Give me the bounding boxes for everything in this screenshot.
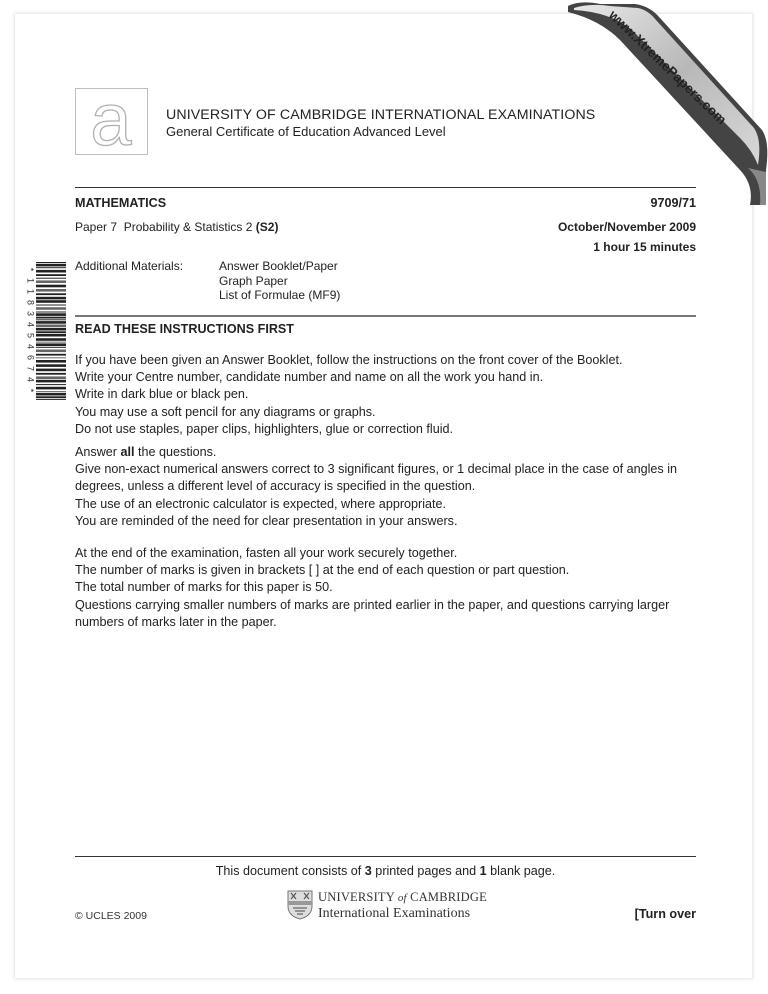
instruction-line: Give non-exact numerical answers correct… (75, 461, 700, 495)
copyright: © UCLES 2009 (75, 910, 147, 922)
divider-footer (75, 856, 696, 857)
materials-list: Answer Booklet/Paper Graph Paper List of… (219, 259, 340, 303)
instruction-line: Write in dark blue or black pen. (75, 386, 700, 403)
wordmark-university: UNIVERSITY (318, 890, 398, 904)
pages-middle: printed pages and (372, 864, 480, 878)
material-item: List of Formulae (MF9) (219, 288, 340, 303)
blank-pages: 1 (480, 864, 487, 878)
answer-suffix: the questions. (135, 445, 217, 459)
instruction-line: Write your Centre number, candidate numb… (75, 369, 700, 386)
material-item: Answer Booklet/Paper (219, 259, 340, 274)
instruction-line: You may use a soft pencil for any diagra… (75, 404, 700, 421)
subject: MATHEMATICS (75, 196, 166, 210)
svg-text:a: a (90, 89, 132, 153)
organisation-name: UNIVERSITY OF CAMBRIDGE INTERNATIONAL EX… (166, 107, 595, 123)
divider-instructions (75, 315, 696, 317)
answer-prefix: Answer (75, 445, 121, 459)
cie-logo: a (75, 88, 148, 155)
instruction-line: At the end of the examination, fasten al… (75, 545, 700, 562)
exam-session: October/November 2009 (496, 220, 696, 234)
material-item: Graph Paper (219, 274, 340, 289)
cambridge-wordmark-line2: International Examinations (318, 906, 470, 922)
pages-prefix: This document consists of (216, 864, 365, 878)
page-count-note: This document consists of 3 printed page… (75, 864, 696, 878)
instructions-heading: READ THESE INSTRUCTIONS FIRST (75, 322, 294, 336)
instructions-block-1: If you have been given an Answer Booklet… (75, 352, 700, 438)
instruction-line: The use of an electronic calculator is e… (75, 496, 700, 513)
exam-duration: 1 hour 15 minutes (496, 240, 696, 254)
letter-a-logo-icon: a (76, 89, 146, 153)
paper-title: Paper 7 Probability & Statistics 2 (S2) (75, 220, 278, 234)
paper-code: 9709/71 (496, 196, 696, 210)
cambridge-crest-icon (287, 890, 313, 920)
instruction-line: You are reminded of the need for clear p… (75, 513, 700, 530)
instruction-line: Questions carrying smaller numbers of ma… (75, 597, 700, 631)
instruction-line: Do not use staples, paper clips, highlig… (75, 421, 700, 438)
instruction-line: Answer all the questions. (75, 444, 700, 461)
turn-over-note: [Turn over (546, 907, 696, 921)
pages-suffix: blank page. (487, 864, 556, 878)
cambridge-wordmark-line1: UNIVERSITY of CAMBRIDGE (318, 890, 487, 905)
printed-pages: 3 (365, 864, 372, 878)
instructions-block-2: Answer all the questions. Give non-exact… (75, 444, 700, 530)
barcode-digit: * (25, 385, 36, 397)
divider-top (75, 187, 696, 188)
answer-bold: all (121, 445, 135, 459)
materials-label: Additional Materials: (75, 259, 183, 273)
barcode-icon (36, 262, 66, 400)
instructions-block-3: At the end of the examination, fasten al… (75, 545, 700, 631)
instruction-line: If you have been given an Answer Booklet… (75, 352, 700, 369)
barcode-digits: *1183454674* (24, 264, 36, 398)
paper-title-text: Paper 7 Probability & Statistics 2 (75, 220, 252, 234)
paper-title-tag: (S2) (256, 220, 279, 234)
xtremepapers-ribbon-icon: www.XtremePapers.com (540, 0, 768, 205)
qualification-name: General Certificate of Education Advance… (166, 124, 446, 139)
instruction-line: The total number of marks for this paper… (75, 579, 700, 596)
wordmark-cambridge: CAMBRIDGE (407, 890, 487, 904)
instruction-line: The number of marks is given in brackets… (75, 562, 700, 579)
svg-text:www.XtremePapers.com: www.XtremePapers.com (605, 7, 729, 128)
wordmark-of: of (398, 892, 407, 904)
